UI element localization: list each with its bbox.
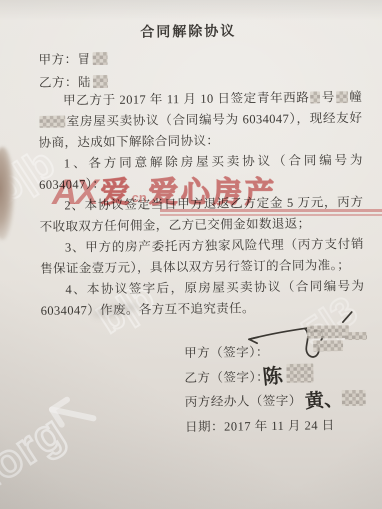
photo-of-document: b|b b|b 5|3 合同解除协议 甲方：冒 乙方：陆 甲乙方于 2017 年…: [0, 0, 382, 509]
party-a-name: 冒: [78, 52, 91, 66]
redaction-mosaic: [93, 52, 108, 65]
redaction-mosaic: [307, 325, 349, 339]
intro-seg1: 甲乙方于 2017 年 11 月 10 日签定青年西路: [63, 91, 310, 108]
intro-paragraph: 甲乙方于 2017 年 11 月 10 日签定青年西路号幢室房屋买卖协议（合同编…: [38, 87, 363, 154]
party-a-label: 甲方：: [39, 52, 78, 66]
doc-body: 甲乙方于 2017 年 11 月 10 日签定青年西路号幢室房屋买卖协议（合同编…: [38, 87, 365, 322]
redaction-mosaic: [93, 75, 108, 88]
redaction-mosaic: [286, 364, 313, 383]
redaction-mosaic: [39, 116, 65, 128]
clause-1: 1、各方同意解除房屋买卖协议（合同编号为 6034047）：: [39, 150, 363, 196]
intro-seg4: 室房屋买卖协议（合同编号为 6034047），现经友好协商，达成如下解除合同协议…: [39, 111, 363, 150]
redaction-mosaic: [310, 91, 320, 103]
clause-3: 3、甲方的房产委托丙方独家风险代理（丙方支付销售保证金壹万元），具体以双方另行签…: [40, 234, 364, 280]
intro-seg3: 幢: [349, 90, 362, 104]
parties-block: 甲方：冒 乙方：陆: [38, 48, 108, 95]
date-line: 日期：2017 年 11 月 24 日: [185, 413, 335, 439]
redaction-mosaic: [342, 390, 366, 406]
redaction-mosaic: [313, 340, 343, 351]
doc-title: 合同解除协议: [0, 19, 379, 44]
clause-2: 2、本协议签定当日甲方退返乙方定金 5 万元，丙方不收取双方任何佣金，乙方已交佣…: [39, 192, 363, 238]
party-b-label: 乙方：: [39, 75, 78, 89]
redaction-mosaic: [345, 332, 367, 340]
party-a-line: 甲方：冒: [38, 48, 107, 72]
intro-seg2: 号: [321, 90, 335, 104]
party-b-name: 陆: [78, 75, 91, 89]
party-b-signature: 陈: [261, 359, 284, 390]
agent-signature: 黄、: [304, 384, 344, 414]
redaction-mosaic: [336, 91, 348, 103]
